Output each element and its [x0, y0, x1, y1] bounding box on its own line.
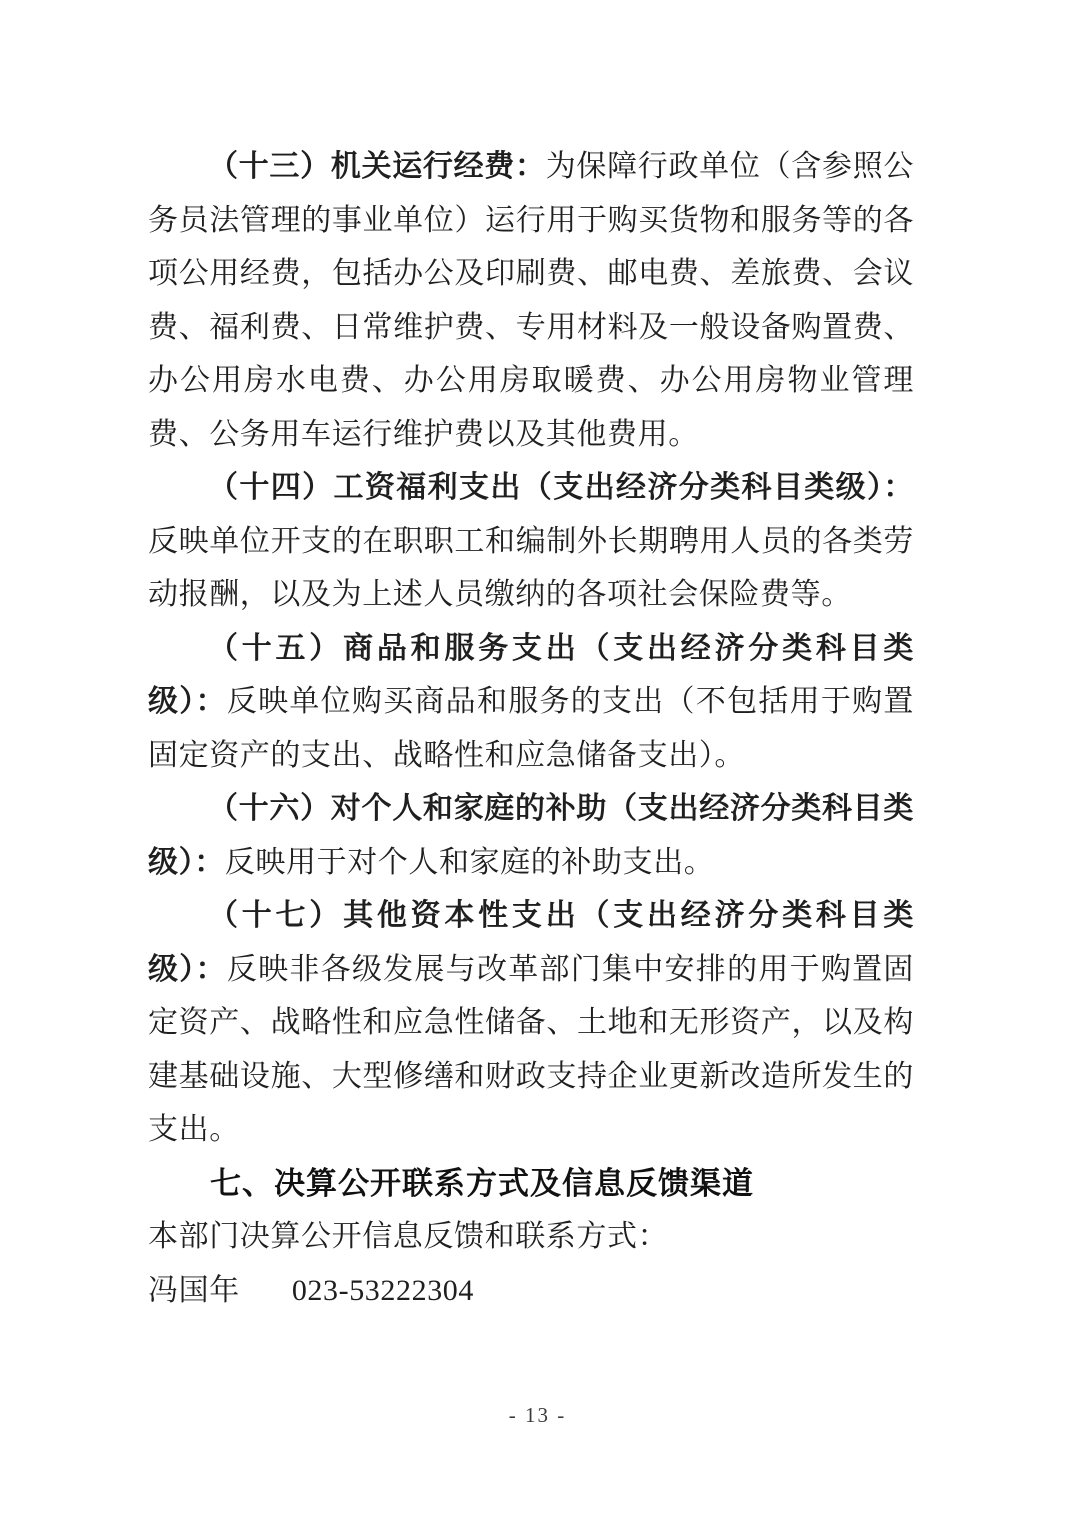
- paragraph-text: 为保障行政单位（含参照公务员法管理的事业单位）运行用于购买货物和服务等的各项公用…: [148, 150, 914, 451]
- paragraph-text: 反映单位开支的在职职工和编制外长期聘用人员的各类劳动报酬，以及为上述人员缴纳的各…: [148, 525, 914, 612]
- document-body: （十三）机关运行经费：为保障行政单位（含参照公务员法管理的事业单位）运行用于购买…: [148, 140, 914, 1317]
- paragraph-item-16: （十六）对个人和家庭的补助（支出经济分类科目类级）：反映用于对个人和家庭的补助支…: [148, 782, 914, 889]
- paragraph-text: 反映用于对个人和家庭的补助支出。: [225, 846, 715, 879]
- paragraph-text: 反映非各级发展与改革部门集中安排的用于购置固定资产、战略性和应急性储备、土地和无…: [148, 953, 914, 1147]
- contact-intro: 本部门决算公开信息反馈和联系方式：: [148, 1210, 914, 1264]
- paragraph-text: 反映单位购买商品和服务的支出（不包括用于购置固定资产的支出、战略性和应急储备支出…: [148, 685, 914, 772]
- contact-name: 冯国年: [148, 1274, 240, 1307]
- contact-phone-number: 023-53222304: [292, 1274, 474, 1307]
- paragraph-item-15: （十五）商品和服务支出（支出经济分类科目类级）：反映单位购买商品和服务的支出（不…: [148, 622, 914, 783]
- document-page: （十三）机关运行经费：为保障行政单位（含参照公务员法管理的事业单位）运行用于购买…: [0, 0, 1075, 1520]
- paragraph-lead-bold: （十三）机关运行经费：: [208, 150, 546, 183]
- section-heading: 七、决算公开联系方式及信息反馈渠道: [148, 1157, 914, 1211]
- paragraph-lead-bold: （十四）工资福利支出（支出经济分类科目类级）：: [208, 471, 914, 504]
- page-number: - 13 -: [0, 1403, 1075, 1428]
- paragraph-item-14: （十四）工资福利支出（支出经济分类科目类级）：反映单位开支的在职职工和编制外长期…: [148, 461, 914, 622]
- contact-line: 冯国年023-53222304: [148, 1264, 914, 1318]
- paragraph-item-13: （十三）机关运行经费：为保障行政单位（含参照公务员法管理的事业单位）运行用于购买…: [148, 140, 914, 461]
- paragraph-item-17: （十七）其他资本性支出（支出经济分类科目类级）：反映非各级发展与改革部门集中安排…: [148, 889, 914, 1157]
